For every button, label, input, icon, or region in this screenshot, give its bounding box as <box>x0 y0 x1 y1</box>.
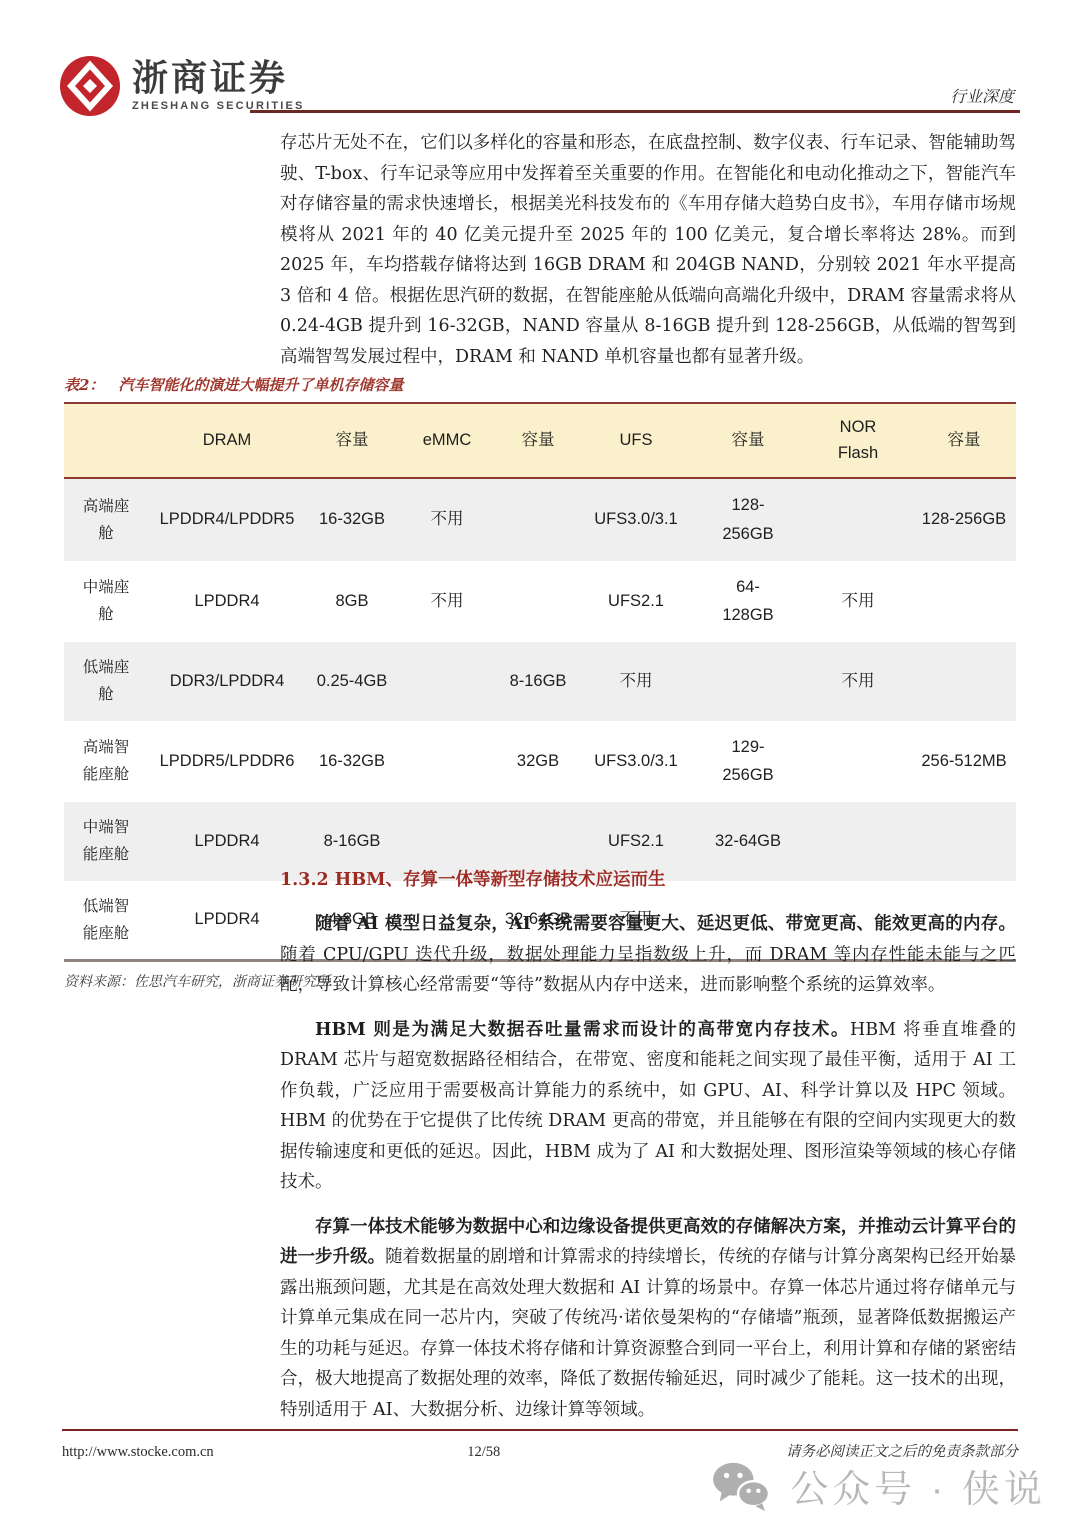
table-cell <box>912 642 1016 720</box>
table-cell: 16-32GB <box>306 478 398 561</box>
table-header-cell <box>64 403 148 478</box>
table-cell: 低端智能座舱 <box>64 881 148 961</box>
table-header-cell: NOR Flash <box>804 403 912 478</box>
table-cell: 128-256GB <box>692 478 804 561</box>
table-header-cell: 容量 <box>692 403 804 478</box>
table-cell: LPDDR5/LPDDR6 <box>148 721 306 803</box>
paragraph-lead: 随着 AI 模型日益复杂，AI 系统需要容量更大、延迟更低、带宽更高、能效更高的… <box>315 914 1016 934</box>
table-header-cell: 容量 <box>496 403 580 478</box>
table-row: 高端智能座舱 LPDDR5/LPDDR6 16-32GB 32GB UFS3.0… <box>64 721 1016 803</box>
brand-name-cn: 浙商证券 <box>132 60 305 96</box>
table-cell: LPDDR4/LPDDR5 <box>148 478 306 561</box>
table-cell: 64-128GB <box>692 561 804 643</box>
watermark-text: 公众号 · 侠说 <box>790 1458 1046 1513</box>
table-header-cell: 容量 <box>306 403 398 478</box>
table-cell <box>496 478 580 561</box>
intro-paragraph: 存芯片无处不在，它们以多样化的容量和形态，在底盘控制、数字仪表、行车记录、智能辅… <box>280 128 1016 372</box>
paragraph: HBM 则是为满足大数据吞吐量需求而设计的高带宽内存技术。HBM 将垂直堆叠的 … <box>280 1015 1016 1198</box>
table-cell: UFS3.0/3.1 <box>580 478 692 561</box>
table-cell: 16-32GB <box>306 721 398 803</box>
table-cell: 129-256GB <box>692 721 804 803</box>
table-cell <box>496 561 580 643</box>
footer-url-link[interactable]: http://www.stocke.com.cn <box>62 1444 343 1461</box>
table-cell: 不用 <box>804 561 912 643</box>
table-header-row: DRAM 容量 eMMC 容量 UFS 容量 NOR Flash 容量 <box>64 403 1016 478</box>
zheshang-logo-icon <box>58 54 122 118</box>
paragraph: 随着 AI 模型日益复杂，AI 系统需要容量更大、延迟更低、带宽更高、能效更高的… <box>280 909 1016 1001</box>
table-header-cell: 容量 <box>912 403 1016 478</box>
header-divider <box>250 110 1020 113</box>
report-type-label: 行业深度 <box>950 84 1014 107</box>
table-cell: UFS2.1 <box>580 561 692 643</box>
table-cell: 不用 <box>398 561 496 643</box>
section-heading: 1.3.2 HBM、存算一体等新型存储技术应运而生 <box>280 866 1016 891</box>
table-row: 高端座舱 LPDDR4/LPDDR5 16-32GB 不用 UFS3.0/3.1… <box>64 478 1016 561</box>
report-page: 浙商证券 ZHESHANG SECURITIES 行业深度 存芯片无处不在，它们… <box>0 0 1080 1527</box>
table-cell: 中端智能座舱 <box>64 802 148 880</box>
table-cell: 中端座舱 <box>64 561 148 643</box>
table-row: 中端座舱 LPDDR4 8GB 不用 UFS2.1 64-128GB 不用 <box>64 561 1016 643</box>
table-header-cell: UFS <box>580 403 692 478</box>
table-cell <box>912 561 1016 643</box>
table-cell <box>804 721 912 803</box>
footer-divider <box>62 1429 1018 1431</box>
table-cell <box>692 642 804 720</box>
table-cell <box>398 642 496 720</box>
brand-logo: 浙商证券 ZHESHANG SECURITIES <box>58 54 305 118</box>
table-cell: 不用 <box>804 642 912 720</box>
table-caption: 表2：汽车智能化的演进大幅提升了单机存储容量 <box>64 374 1016 395</box>
paragraph-lead: HBM 则是为满足大数据吞吐量需求而设计的高带宽内存技术。 <box>315 1020 850 1040</box>
table-cell: 不用 <box>398 478 496 561</box>
table-header-cell: DRAM <box>148 403 306 478</box>
page-number: 12/58 <box>343 1444 624 1461</box>
table-cell: 8GB <box>306 561 398 643</box>
watermark: 公众号 · 侠说 <box>710 1458 1046 1513</box>
table-cell: UFS3.0/3.1 <box>580 721 692 803</box>
table-header: DRAM 容量 eMMC 容量 UFS 容量 NOR Flash 容量 <box>64 403 1016 478</box>
table-cell: 256-512MB <box>912 721 1016 803</box>
table-cell: 不用 <box>580 642 692 720</box>
table-header-cell: eMMC <box>398 403 496 478</box>
brand-name: 浙商证券 ZHESHANG SECURITIES <box>132 60 305 112</box>
table-cell <box>804 478 912 561</box>
table-caption-label: 表2： <box>64 376 104 394</box>
table-cell: LPDDR4 <box>148 561 306 643</box>
table-cell: 低端座舱 <box>64 642 148 720</box>
table-caption-title: 汽车智能化的演进大幅提升了单机存储容量 <box>118 376 403 394</box>
table-row: 低端座舱 DDR3/LPDDR4 0.25-4GB 8-16GB 不用 不用 <box>64 642 1016 720</box>
table-cell: 128-256GB <box>912 478 1016 561</box>
table-cell: 32GB <box>496 721 580 803</box>
table-cell: 0.25-4GB <box>306 642 398 720</box>
paragraph: 存算一体技术能够为数据中心和边缘设备提供更高效的存储解决方案，并推动云计算平台的… <box>280 1212 1016 1426</box>
table-cell: DDR3/LPDDR4 <box>148 642 306 720</box>
paragraph-body: 随着 CPU/GPU 迭代升级，数据处理能力呈指数级上升，而 DRAM 等内存性… <box>280 945 1016 996</box>
table-cell: 高端座舱 <box>64 478 148 561</box>
table-cell <box>398 721 496 803</box>
paragraph-body: HBM 将垂直堆叠的 DRAM 芯片与超宽数据路径相结合，在带宽、密度和能耗之间… <box>280 1020 1016 1193</box>
table-cell: 高端智能座舱 <box>64 721 148 803</box>
section-1-3-2: 1.3.2 HBM、存算一体等新型存储技术应运而生 随着 AI 模型日益复杂，A… <box>280 866 1016 1439</box>
wechat-icon <box>710 1460 772 1512</box>
paragraph-body: 随着数据量的剧增和计算需求的持续增长，传统的存储与计算分离架构已经开始暴露出瓶颈… <box>280 1247 1016 1420</box>
table-cell: 8-16GB <box>496 642 580 720</box>
